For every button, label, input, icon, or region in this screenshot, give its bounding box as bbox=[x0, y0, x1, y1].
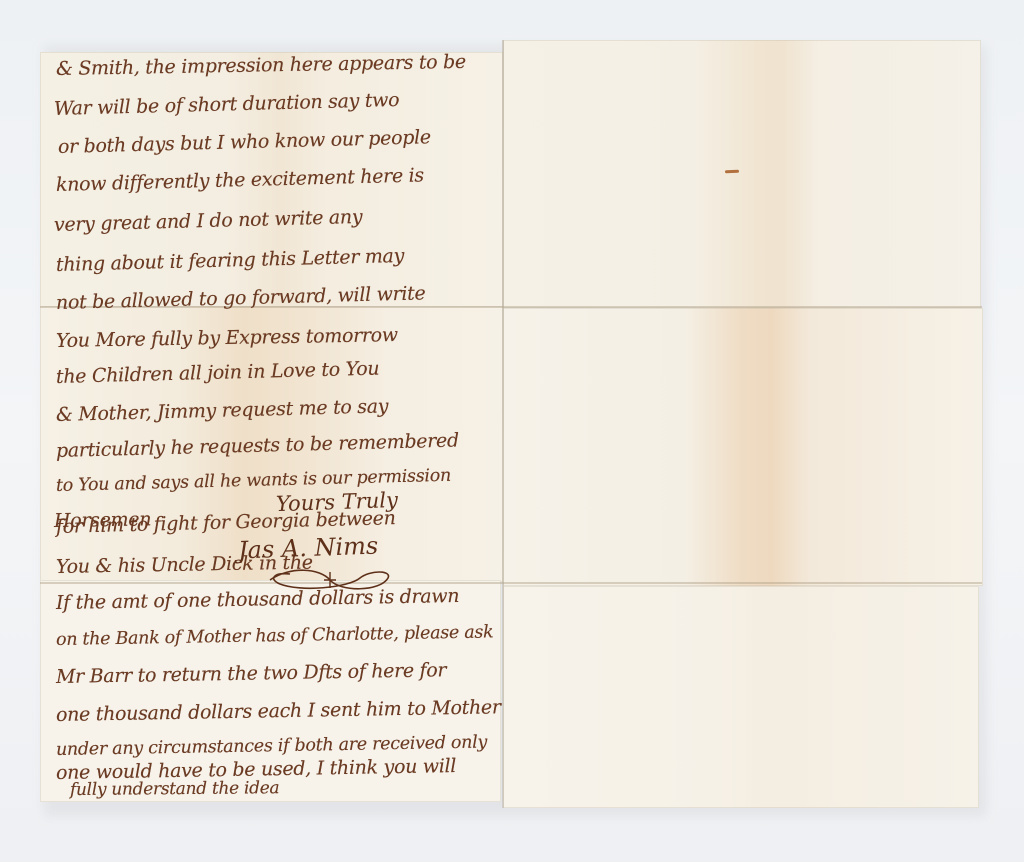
signature: Jas A. Nims bbox=[238, 532, 379, 565]
blank-panel-top bbox=[503, 40, 981, 308]
blank-panel-bottom bbox=[503, 586, 979, 808]
letter-line: Horsemen bbox=[54, 508, 152, 532]
letter-sheet: & Smith, the impression here appears to … bbox=[40, 40, 980, 808]
blank-panel-middle bbox=[503, 308, 983, 586]
vertical-fold-line bbox=[502, 40, 504, 808]
closing: Yours Truly bbox=[276, 488, 399, 516]
horizontal-fold-line-lower bbox=[40, 582, 982, 584]
postscript-line: fully understand the idea bbox=[70, 778, 279, 800]
ink-mark bbox=[725, 170, 739, 173]
